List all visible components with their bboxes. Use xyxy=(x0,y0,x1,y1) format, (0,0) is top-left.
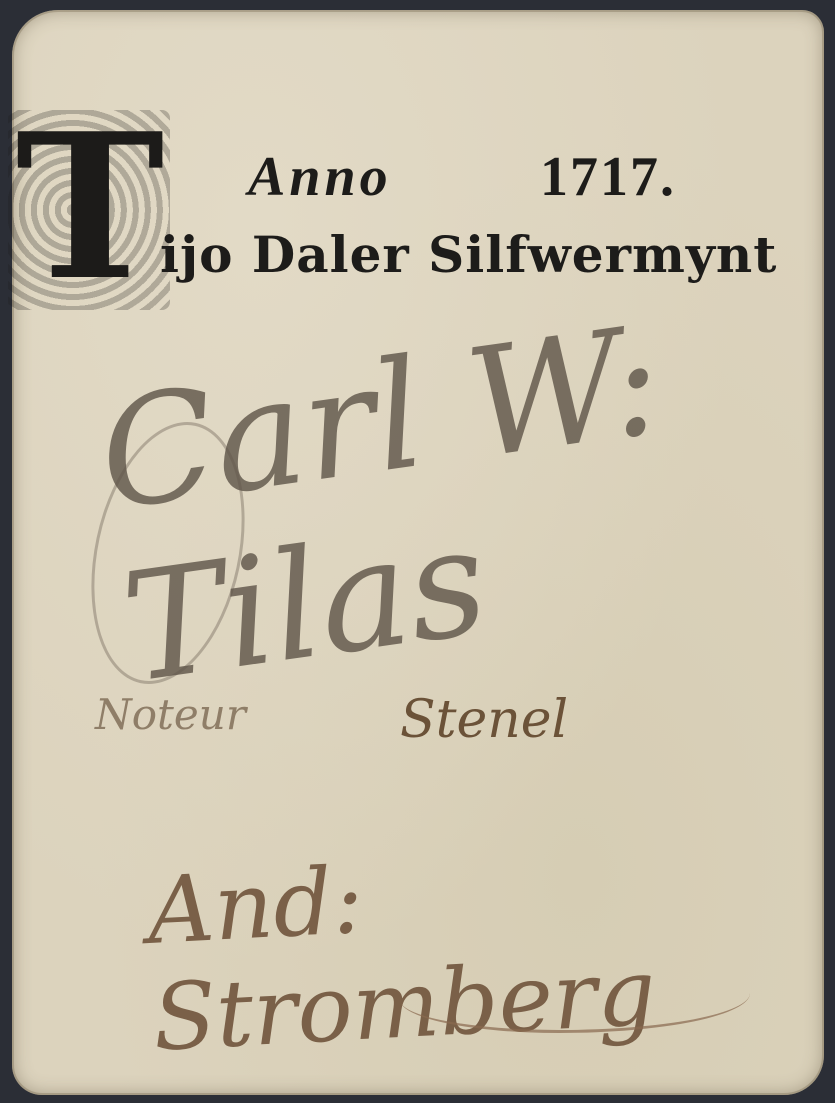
signature-right-small: Stenel xyxy=(400,690,568,750)
ornamental-initial: T xyxy=(10,108,170,313)
denomination-text: ijo Daler Silfwermynt xyxy=(160,225,777,284)
signature-left-small: Noteur xyxy=(95,690,246,739)
signature-bottom: And: Stromberg xyxy=(145,822,835,1072)
year-label: 1717. xyxy=(540,145,676,209)
anno-label: Anno xyxy=(248,145,392,209)
